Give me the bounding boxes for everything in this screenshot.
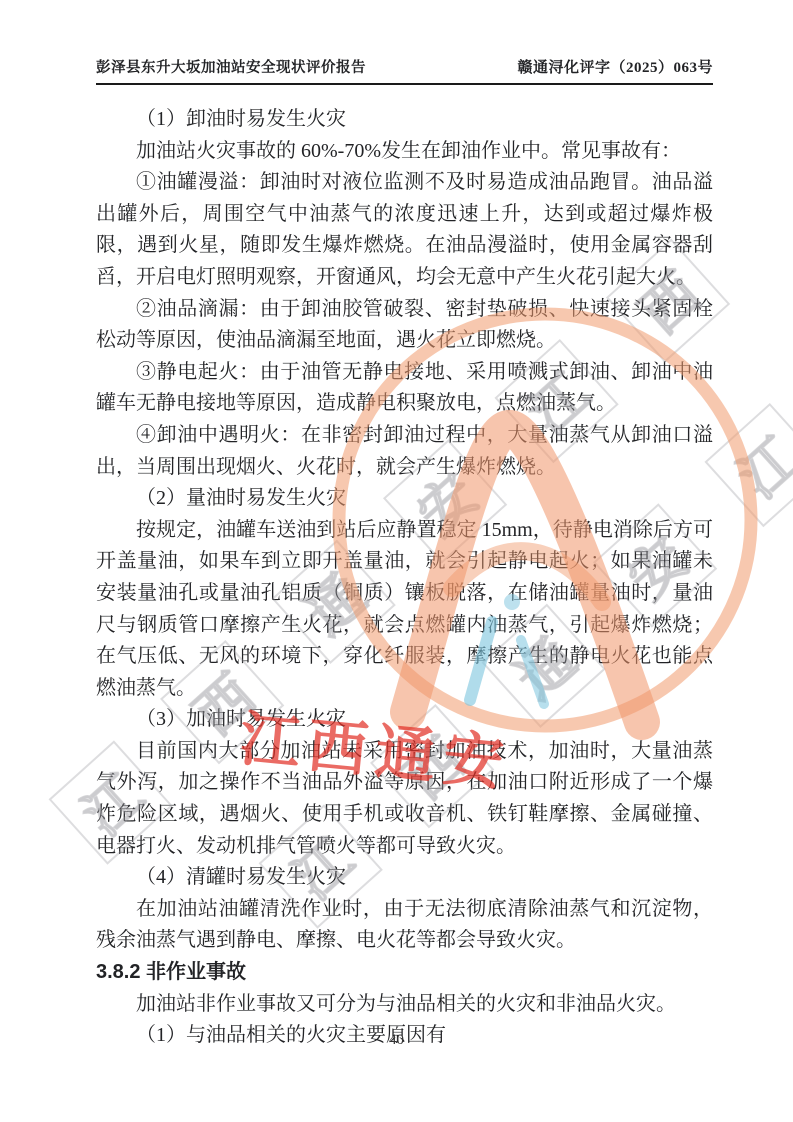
subheading-3: （3）加油时易发生火灾 [96,704,713,736]
page-header: 彭泽县东升大坂加油站安全现状评价报告 赣通浔化评字（2025）063号 [96,56,713,85]
section-heading-382: 3.8.2 非作业事故 [96,957,713,989]
paragraph: 按规定，油罐车送油到站后应静置稳定 15mm，待静电消除后方可开盖量油，如果车到… [96,515,713,705]
subheading-1: （1）卸油时易发生火灾 [96,104,713,136]
document-page: 彭泽县东升大坂加油站安全现状评价报告 赣通浔化评字（2025）063号 （1）卸… [0,0,793,1122]
paragraph: ②油品滴漏：由于卸油胶管破裂、密封垫破损、快速接头紧固栓松动等原因，使油品滴漏至… [96,294,713,357]
paragraph: 目前国内大部分加油站未采用密封加油技术，加油时，大量油蒸气外泻，加之操作不当油品… [96,736,713,862]
paragraph: ①油罐漫溢：卸油时对液位监测不及时易造成油品跑冒。油品溢出罐外后，周围空气中油蒸… [96,167,713,293]
document-body: （1）卸油时易发生火灾 加油站火灾事故的 60%-70%发生在卸油作业中。常见事… [96,104,713,1052]
gray-pattern-cell: 江 [704,403,793,527]
document-number: 赣通浔化评字（2025）063号 [517,56,713,77]
subheading-4: （4）清罐时易发生火灾 [96,862,713,894]
page-number: 40 [0,1032,793,1049]
paragraph: 在加油站油罐清洗作业时，由于无法彻底清除油蒸气和沉淀物，残余油蒸气遇到静电、摩擦… [96,894,713,957]
paragraph: ③静电起火：由于油管无静电接地、采用喷溅式卸油、卸油中油罐车无静电接地等原因，造… [96,357,713,420]
paragraph: 加油站火灾事故的 60%-70%发生在卸油作业中。常见事故有： [96,136,713,168]
report-title: 彭泽县东升大坂加油站安全现状评价报告 [96,56,366,77]
subheading-2: （2）量油时易发生火灾 [96,483,713,515]
paragraph: ④卸油中遇明火：在非密封卸油过程中，大量油蒸气从卸油口溢出，当周围出现烟火、火花… [96,420,713,483]
paragraph: 加油站非作业事故又可分为与油品相关的火灾和非油品火灾。 [96,989,713,1021]
